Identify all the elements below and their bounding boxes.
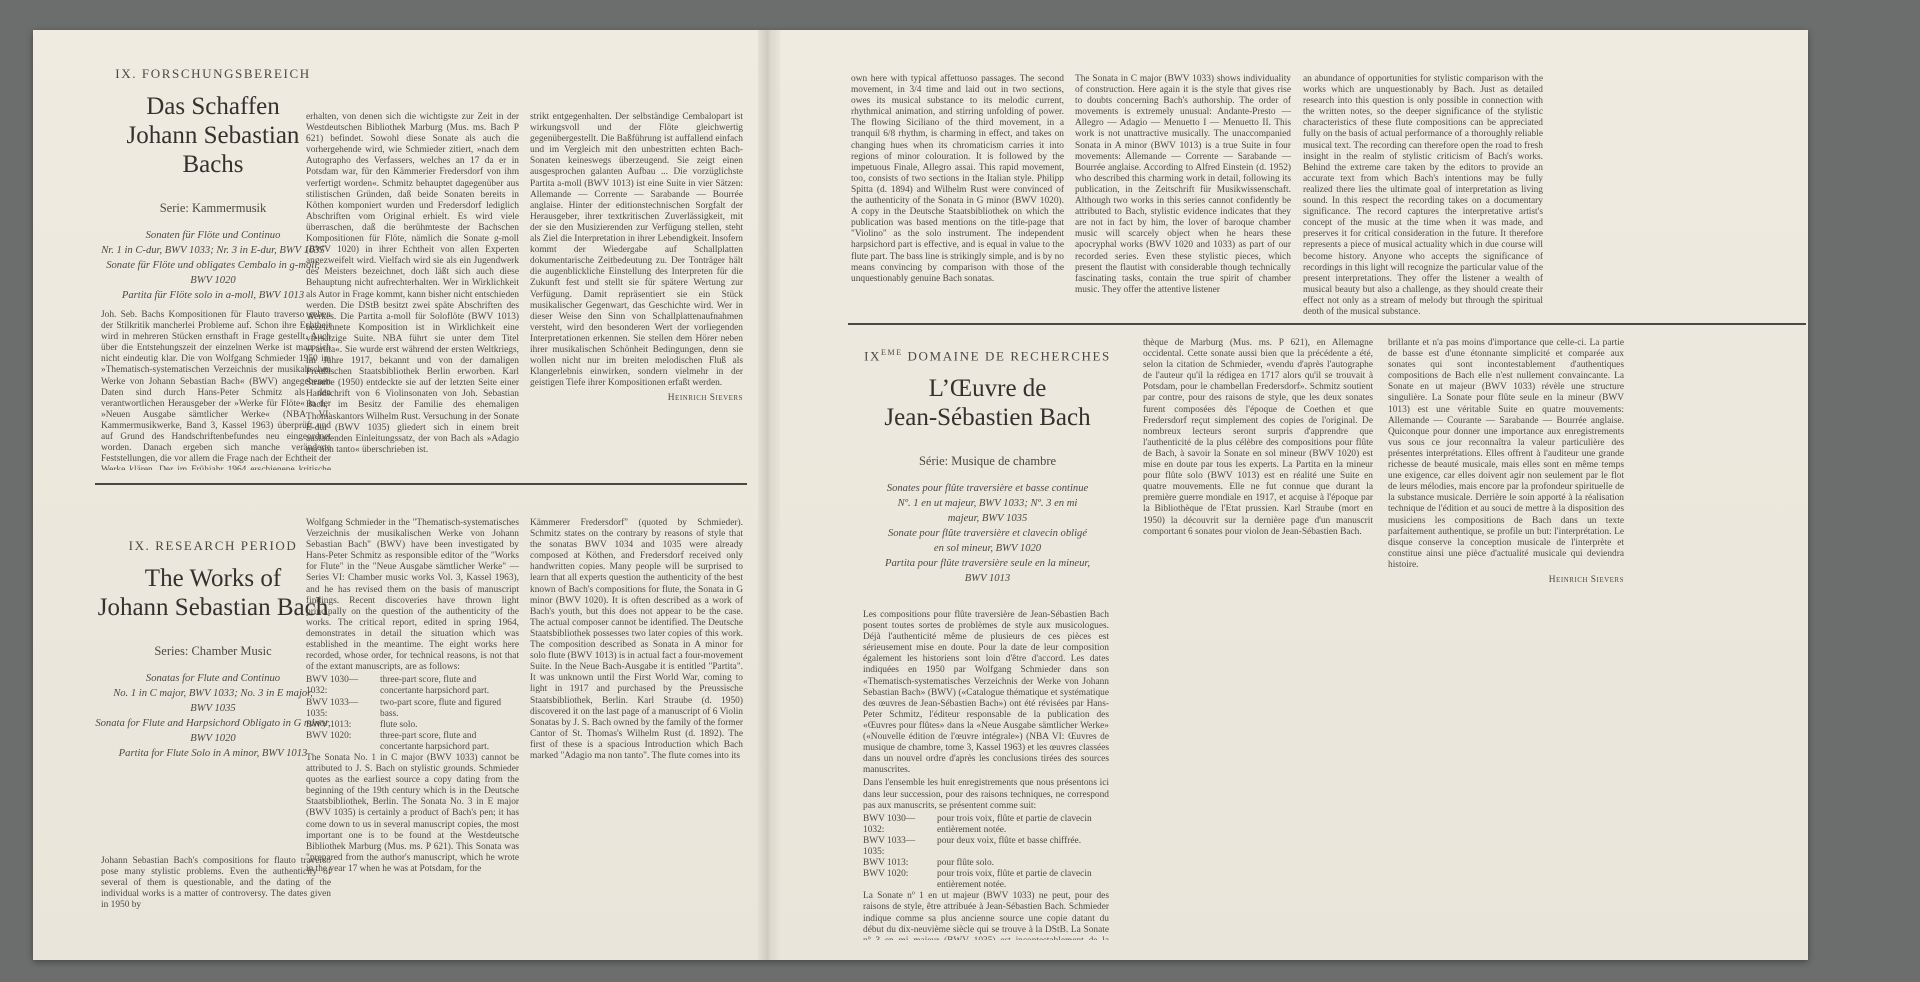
english-bwv-list: BWV 1030—1032:three-part score, flute an… [306, 675, 519, 753]
german-title-line1: Das Schaffen [93, 92, 333, 121]
french-overview: Dans l'ensemble les huit enregistrements… [863, 778, 1109, 811]
divider-left [95, 483, 747, 485]
german-title-line2: Johann Sebastian Bachs [93, 121, 333, 179]
english-body-col3: Kämmerer Fredersdorf" (quoted by Schmied… [530, 518, 743, 918]
german-series: Serie: Kammermusik [93, 201, 333, 216]
french-kicker: IXEME DOMAINE DE RECHERCHES [855, 348, 1120, 364]
gatefold-crease [758, 30, 780, 960]
english-body-col6: an abundance of opportunities for stylis… [1303, 74, 1543, 314]
liner-notes-sheet: IX. FORSCHUNGSBEREICH Das Schaffen Johan… [33, 30, 1808, 960]
french-title-line2: Jean-Sébastien Bach [855, 403, 1120, 432]
french-series: Série: Musique de chambre [855, 454, 1120, 469]
english-title-line2: Johann Sebastian Bach [93, 593, 333, 622]
english-works-list: Sonatas for Flute and Continuo No. 1 in … [93, 671, 333, 761]
french-after-list: La Sonate nº 1 en ut majeur (BWV 1033) n… [863, 891, 1109, 940]
german-body-col2: erhalten, von denen sich die wichtigste … [306, 112, 519, 462]
divider-right [848, 323, 1806, 325]
french-title-line1: L’Œuvre de [855, 374, 1120, 403]
french-body-col1: Les compositions pour flûte traversière … [863, 610, 1109, 940]
french-signature: Heinrich Sievers [1388, 575, 1624, 586]
german-body-col1: Joh. Seb. Bachs Kompositionen für Flauto… [101, 310, 331, 470]
german-signature: Heinrich Sievers [530, 393, 743, 404]
french-heading: IXEME DOMAINE DE RECHERCHES L’Œuvre de J… [855, 348, 1120, 586]
french-intro: Les compositions pour flûte traversière … [863, 610, 1109, 776]
german-works-list: Sonaten für Flöte und Continuo Nr. 1 in … [93, 228, 333, 303]
english-title-line1: The Works of [93, 564, 333, 593]
english-series: Series: Chamber Music [93, 644, 333, 659]
english-body-col4: own here with typical affettuoso passage… [851, 74, 1064, 304]
german-heading: IX. FORSCHUNGSBEREICH Das Schaffen Johan… [93, 66, 333, 303]
english-body-col5: The Sonata in C major (BWV 1033) shows i… [1075, 74, 1291, 304]
german-kicker: IX. FORSCHUNGSBEREICH [93, 66, 333, 82]
english-intro: Johann Sebastian Bach's compositions for… [101, 856, 331, 911]
german-body-col3: strikt entgegenhalten. Der selbständige … [530, 112, 743, 462]
french-bwv-list: BWV 1030—1032:pour trois voix, flûte et … [863, 814, 1109, 892]
english-kicker: IX. RESEARCH PERIOD [93, 538, 333, 554]
english-body-col2: Wolfgang Schmieder in the "Thematisch-sy… [306, 518, 519, 918]
german-intro: Joh. Seb. Bachs Kompositionen für Flauto… [101, 310, 331, 470]
english-body-col1: Johann Sebastian Bach's compositions for… [101, 856, 331, 916]
english-heading: IX. RESEARCH PERIOD The Works of Johann … [93, 538, 333, 761]
french-works-list: Sonates pour flûte traversière et basse … [855, 481, 1120, 586]
french-body-col3: brillante et n'a pas moins d'importance … [1388, 338, 1624, 938]
french-body-col2: thèque de Marburg (Mus. ms. P 621), en A… [1143, 338, 1373, 940]
